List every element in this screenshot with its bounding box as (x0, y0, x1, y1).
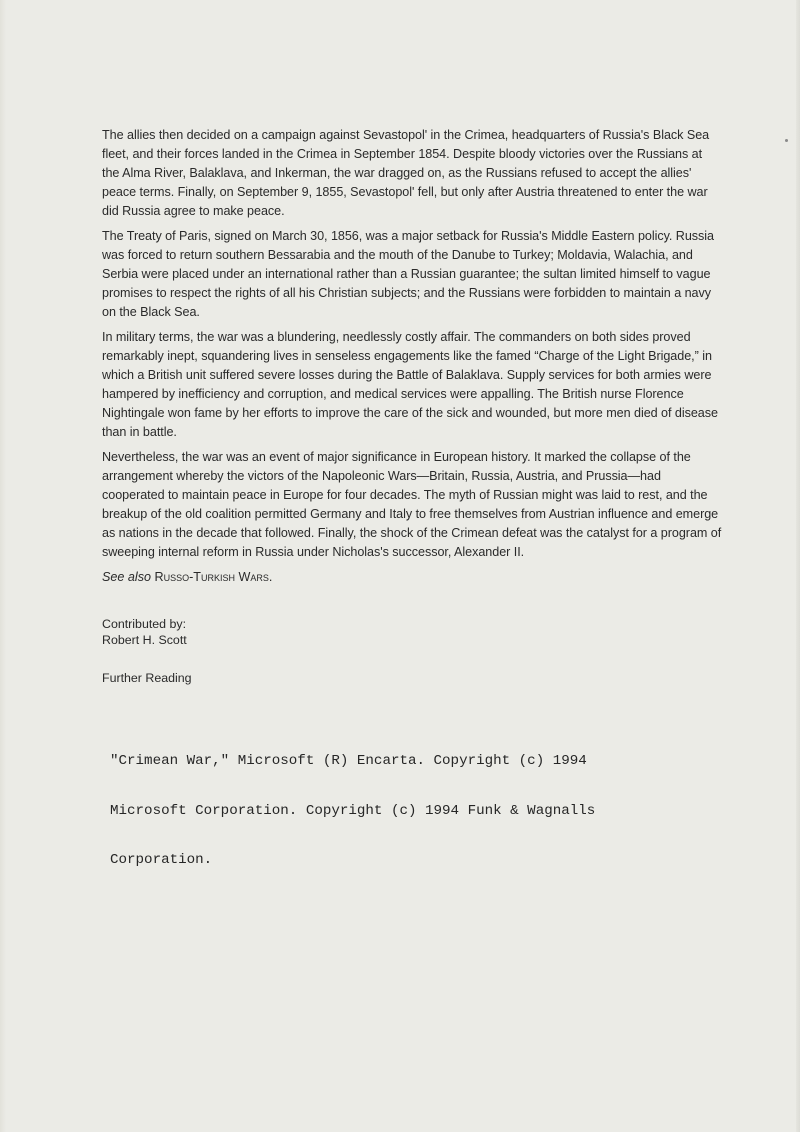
paragraph-military-terms: In military terms, the war was a blunder… (102, 328, 722, 442)
citation-block: "Crimean War," Microsoft (R) Encarta. Co… (110, 720, 710, 885)
citation-line: Microsoft Corporation. Copyright (c) 199… (110, 803, 710, 820)
further-reading-heading: Further Reading (102, 670, 192, 686)
see-also-prefix: See also (102, 570, 151, 584)
see-also: See also Russo-Turkish Wars. (102, 568, 722, 587)
page-edge-right (796, 0, 800, 1132)
citation-line: Corporation. (110, 852, 710, 869)
see-also-link[interactable]: Russo-Turkish Wars (155, 570, 269, 584)
contributor-name: Robert H. Scott (102, 632, 187, 648)
contributor-label: Contributed by: (102, 616, 187, 632)
paragraph-sevastopol: The allies then decided on a campaign ag… (102, 126, 722, 221)
see-also-suffix: . (269, 570, 273, 584)
paragraph-treaty-of-paris: The Treaty of Paris, signed on March 30,… (102, 227, 722, 322)
contributor-block: Contributed by: Robert H. Scott (102, 616, 187, 648)
paragraph-significance: Nevertheless, the war was an event of ma… (102, 448, 722, 562)
citation-line: "Crimean War," Microsoft (R) Encarta. Co… (110, 753, 710, 770)
page-edge-left (0, 0, 6, 1132)
scan-speck (785, 139, 788, 142)
article-body: The allies then decided on a campaign ag… (102, 126, 722, 587)
